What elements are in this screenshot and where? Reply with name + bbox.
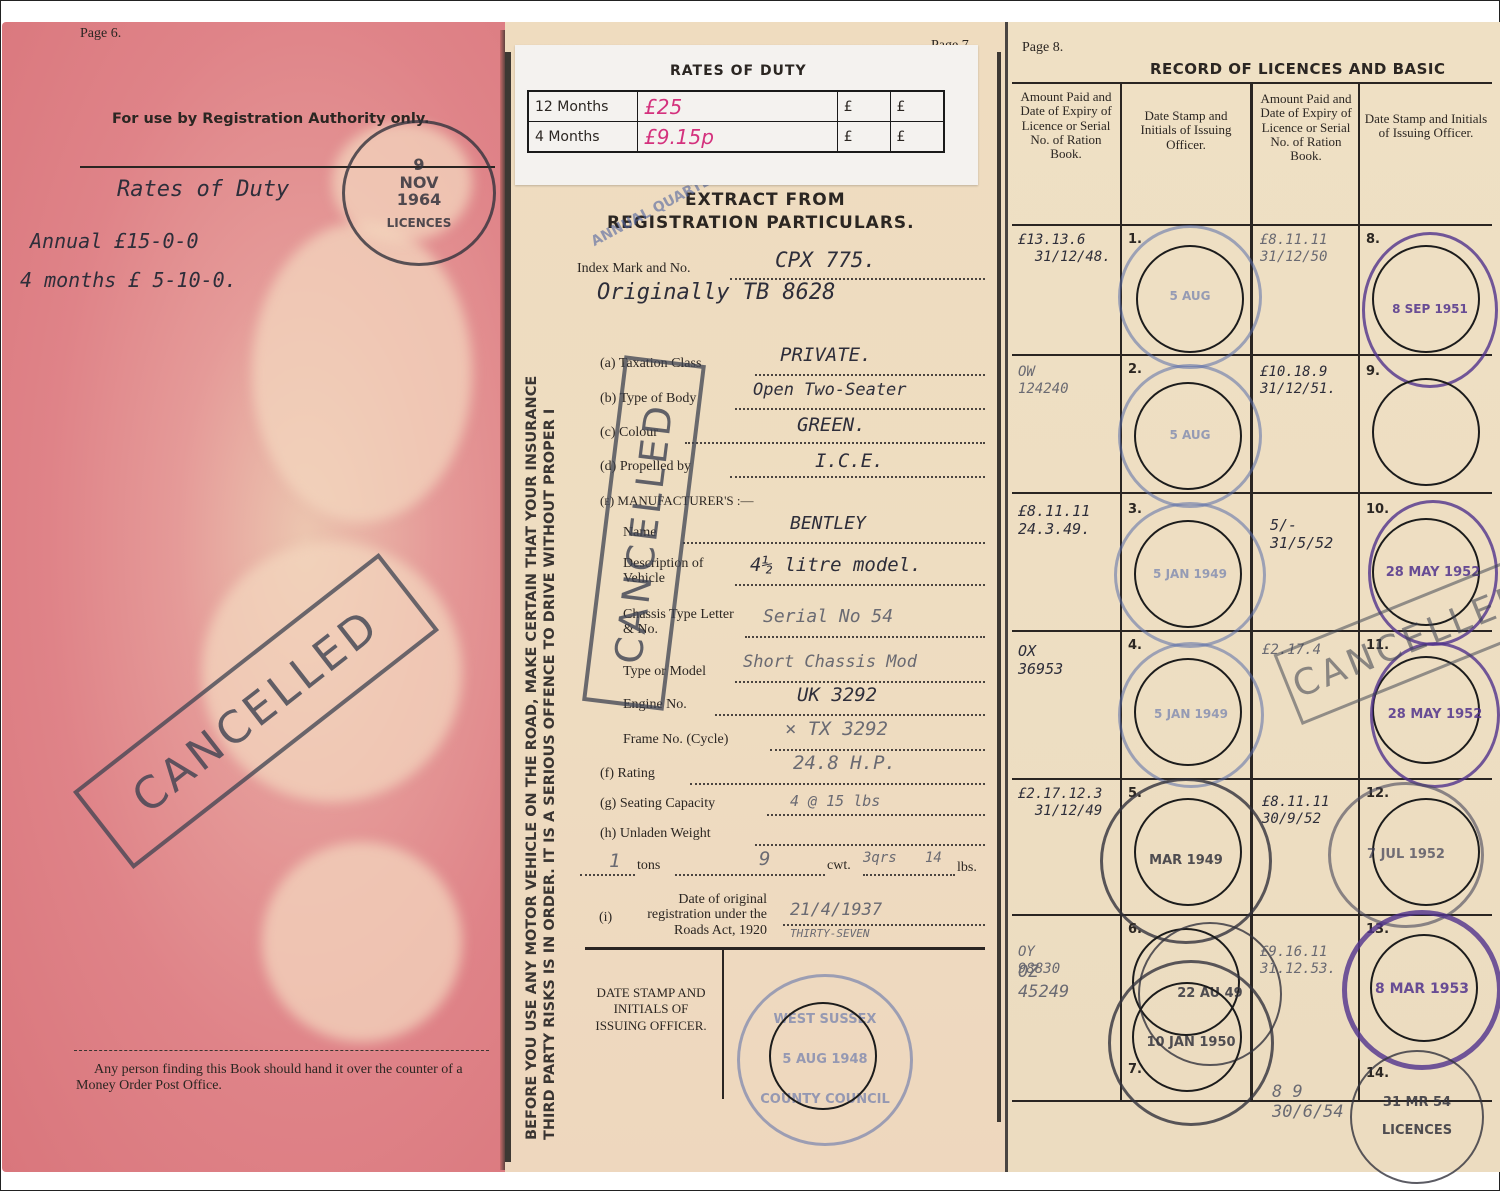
field-label: Seating Capacity [620,796,715,811]
rates-value: £25 [638,91,838,122]
date-stamp: 5 JAN 1949 [1118,642,1264,788]
issuing-officer-label: DATE STAMP AND INITIALS OF ISSUING OFFIC… [595,985,707,1034]
field-prefix: (i) [599,910,612,926]
rates-value: £9.15p [638,122,838,153]
divider [722,949,724,1099]
field-label: Frame No. (Cycle) [623,732,728,748]
taxation-class-value: PRIVATE. [780,344,872,366]
field-prefix: (c) [600,425,616,440]
frame-number-value: × TX 3292 [785,718,888,740]
dotted-line [783,924,985,926]
column-header: Date Stamp and Initials of Issuing Offic… [1364,112,1488,141]
licence-amount: £8.11.11 31/12/50 [1260,232,1327,266]
grid-line [1012,492,1492,494]
manufacturer-name-value: BENTLEY [790,513,866,534]
dotted-line [675,874,825,876]
dotted-line [735,681,985,683]
colour-value: GREEN. [797,414,866,436]
stamp-date: MAR 1949 [1149,854,1223,868]
stamp-date: 5 AUG [1169,290,1210,303]
stain [252,222,472,522]
rates-row: 4 Months £9.15p £ £ [528,122,944,153]
page-edge [505,52,511,1162]
entry-number: 10. [1366,502,1389,517]
stamp-date: 8 SEP 1951 [1392,303,1468,316]
handwritten-4month-rate: 4 months £ 5-10-0. [20,268,237,292]
stain [262,842,462,1042]
cancelled-stamp: CANCELLED [582,355,706,710]
stamp-date: 5 JAN 1949 [1154,708,1228,721]
registration-date-value: 21/4/1937 [790,900,882,920]
rates-period: 4 Months [528,122,638,153]
date-stamp: 5 AUG [1118,225,1262,369]
date-stamp: 8 MAR 1953 [1342,910,1500,1070]
engine-number-value: UK 3292 [797,684,877,706]
rates-value: £ [837,122,890,153]
field-prefix: (g) [600,796,616,811]
stamp-ring-text: LICENCES [1382,1124,1452,1138]
index-mark-value: CPX 775. [775,248,876,272]
stamp-date: 31 MR 54 [1383,1096,1451,1110]
rates-value: £ [837,91,890,122]
postmark-ring: LICENCES [387,217,452,230]
postmark-day: 9 [413,156,424,174]
grid-line [1012,224,1492,226]
licence-amount: £10.18.9 31/12/51. [1260,364,1336,398]
rates-table: 12 Months £25 £ £ 4 Months £9.15p £ £ [527,90,945,153]
handwritten-title: Rates of Duty [117,177,289,202]
extract-heading-1: EXTRACT FROM [685,190,846,210]
page-7: Page 7. EXTRACT FROM REGISTRATION PARTIC… [505,22,1005,1172]
dotted-line [690,783,985,785]
licence-amount: OW 124240 [1018,364,1069,398]
entry-number: 8. [1366,232,1380,247]
dotted-line [735,584,985,586]
seating-capacity-value: 4 @ 15 lbs [790,792,880,810]
rates-period: 12 Months [528,91,638,122]
handwritten-annual-rate: Annual £15-0-0 [30,229,199,253]
description-value: 4½ litre model. [750,554,922,576]
field-prefix: (h) [600,826,616,841]
registration-date-label: Date of original registration under the … [617,892,767,938]
dotted-line [730,476,985,478]
original-registration: Originally TB 8628 [597,280,835,305]
dotted-line [715,714,985,716]
insurance-notice-line-1: BEFORE YOU USE ANY MOTOR VEHICLE ON THE … [523,376,541,1140]
licence-amount: £2.17.12.3 31/12/49 [1018,786,1102,820]
tons-label: tons [637,858,660,874]
stamp-date: 28 MAY 1952 [1388,708,1483,722]
page-edge [997,52,1001,1122]
stamp-date: 5 AUG [1169,429,1210,442]
rates-value: £ [890,122,944,153]
rates-row: 12 Months £25 £ £ [528,91,944,122]
registration-date-words: THIRTY-SEVEN [790,927,869,940]
stamp-circle [769,1002,877,1110]
postmark-month: NOV [400,174,439,192]
licence-amount: £9.16.11 31.12.53. [1260,944,1336,978]
dotted-line [767,814,985,816]
date-stamp: 8 SEP 1951 [1362,232,1498,388]
dotted-line [685,442,985,444]
rates-of-duty-label: RATES OF DUTY 12 Months £25 £ £ 4 Months… [515,45,978,185]
lbs-label: lbs. [957,860,977,876]
record-title: RECORD OF LICENCES AND BASIC [1150,60,1446,78]
rates-title: RATES OF DUTY [670,63,807,79]
divider [585,947,985,950]
cwt-label: cwt. [827,858,851,874]
entry-number: 2. [1128,362,1142,377]
field-label: Rating [618,766,655,781]
field-prefix: (a) [600,356,616,371]
date-stamp: 5 AUG [1118,364,1262,508]
field-prefix: (b) [600,391,616,406]
field-label: Unladen Weight [620,826,711,841]
stamp-date: 5 JAN 1949 [1153,568,1227,581]
divider [74,1050,489,1051]
index-mark-label: Index Mark and No. [577,261,691,277]
licences-stamp: 31 MR 54 LICENCES [1350,1050,1484,1184]
entry-number: 6. [1128,922,1142,937]
weight-lbs-value: 14 [925,850,942,866]
page-number: Page 6. [80,26,121,42]
authority-heading: For use by Registration Authority only. [112,111,429,127]
dotted-line [863,874,955,876]
licence-record-grid: Amount Paid and Date of Expiry of Licenc… [1010,82,1496,1102]
insurance-notice: BEFORE YOU USE ANY MOTOR VEHICLE ON THE … [523,376,559,1140]
weight-cwt-value: 9 [759,848,770,870]
stamp-date: 8 MAR 1953 [1375,982,1469,997]
rating-value: 24.8 H.P. [793,752,896,774]
date-stamp: 7 JUL 1952 [1328,782,1484,928]
column-header: Amount Paid and Date of Expiry of Licenc… [1016,90,1116,161]
date-stamp: 5 JAN 1949 [1114,502,1266,648]
licence-amount: 5/- 31/5/52 [1270,516,1333,552]
licence-amount: OX 36953 [1018,642,1063,678]
entry-number: 4. [1128,638,1142,653]
rates-value: £ [890,91,944,122]
weight-tons-value: 1 [609,850,620,872]
date-stamp: 10 JAN 1950 [1108,960,1274,1126]
insurance-notice-line-2: THIRD PARTY RISKS IS IN ORDER. IT IS A S… [541,376,559,1140]
stamp-date: 10 JAN 1950 [1146,1036,1235,1050]
dotted-line [580,874,635,876]
column-header: Amount Paid and Date of Expiry of Licenc… [1256,92,1356,163]
licence-amount: 8 9 30/6/54 [1272,1082,1344,1123]
dotted-line [755,844,985,846]
postmark-year: 1964 [397,191,442,209]
finder-notice: Any person finding this Book should hand… [76,1062,491,1094]
page-6: Page 6. For use by Registration Authorit… [2,22,508,1172]
column-header: Date Stamp and Initials of Issuing Offic… [1126,109,1246,152]
licence-amount: £8.11.11 30/9/52 [1262,794,1329,828]
entry-number: 3. [1128,502,1142,517]
page-number: Page 8. [1022,40,1063,56]
stamp-circle [1372,378,1480,486]
field-prefix: (f) [600,766,614,781]
licence-amount: £13.13.6 31/12/48. [1018,232,1111,266]
postmark-stamp: 9 NOV 1964 LICENCES [342,120,496,266]
propelled-by-value: I.C.E. [815,450,884,472]
dotted-line [770,749,985,751]
dotted-line [735,408,985,410]
weight-qrs-value: 3qrs [863,850,897,866]
model-value: Short Chassis Mod [743,652,917,672]
chassis-value: Serial No 54 [763,606,893,627]
dotted-line [755,374,985,376]
dotted-line [745,636,985,638]
entry-number: 9. [1366,364,1380,379]
body-type-value: Open Two-Seater [753,380,907,400]
licence-amount: OZ 45249 [1018,962,1069,1003]
stamp-date: 7 JUL 1952 [1367,848,1445,862]
licence-amount: £8.11.11 24.3.49. [1018,502,1090,538]
date-stamp: MAR 1949 [1100,778,1272,944]
dotted-line [683,542,985,544]
